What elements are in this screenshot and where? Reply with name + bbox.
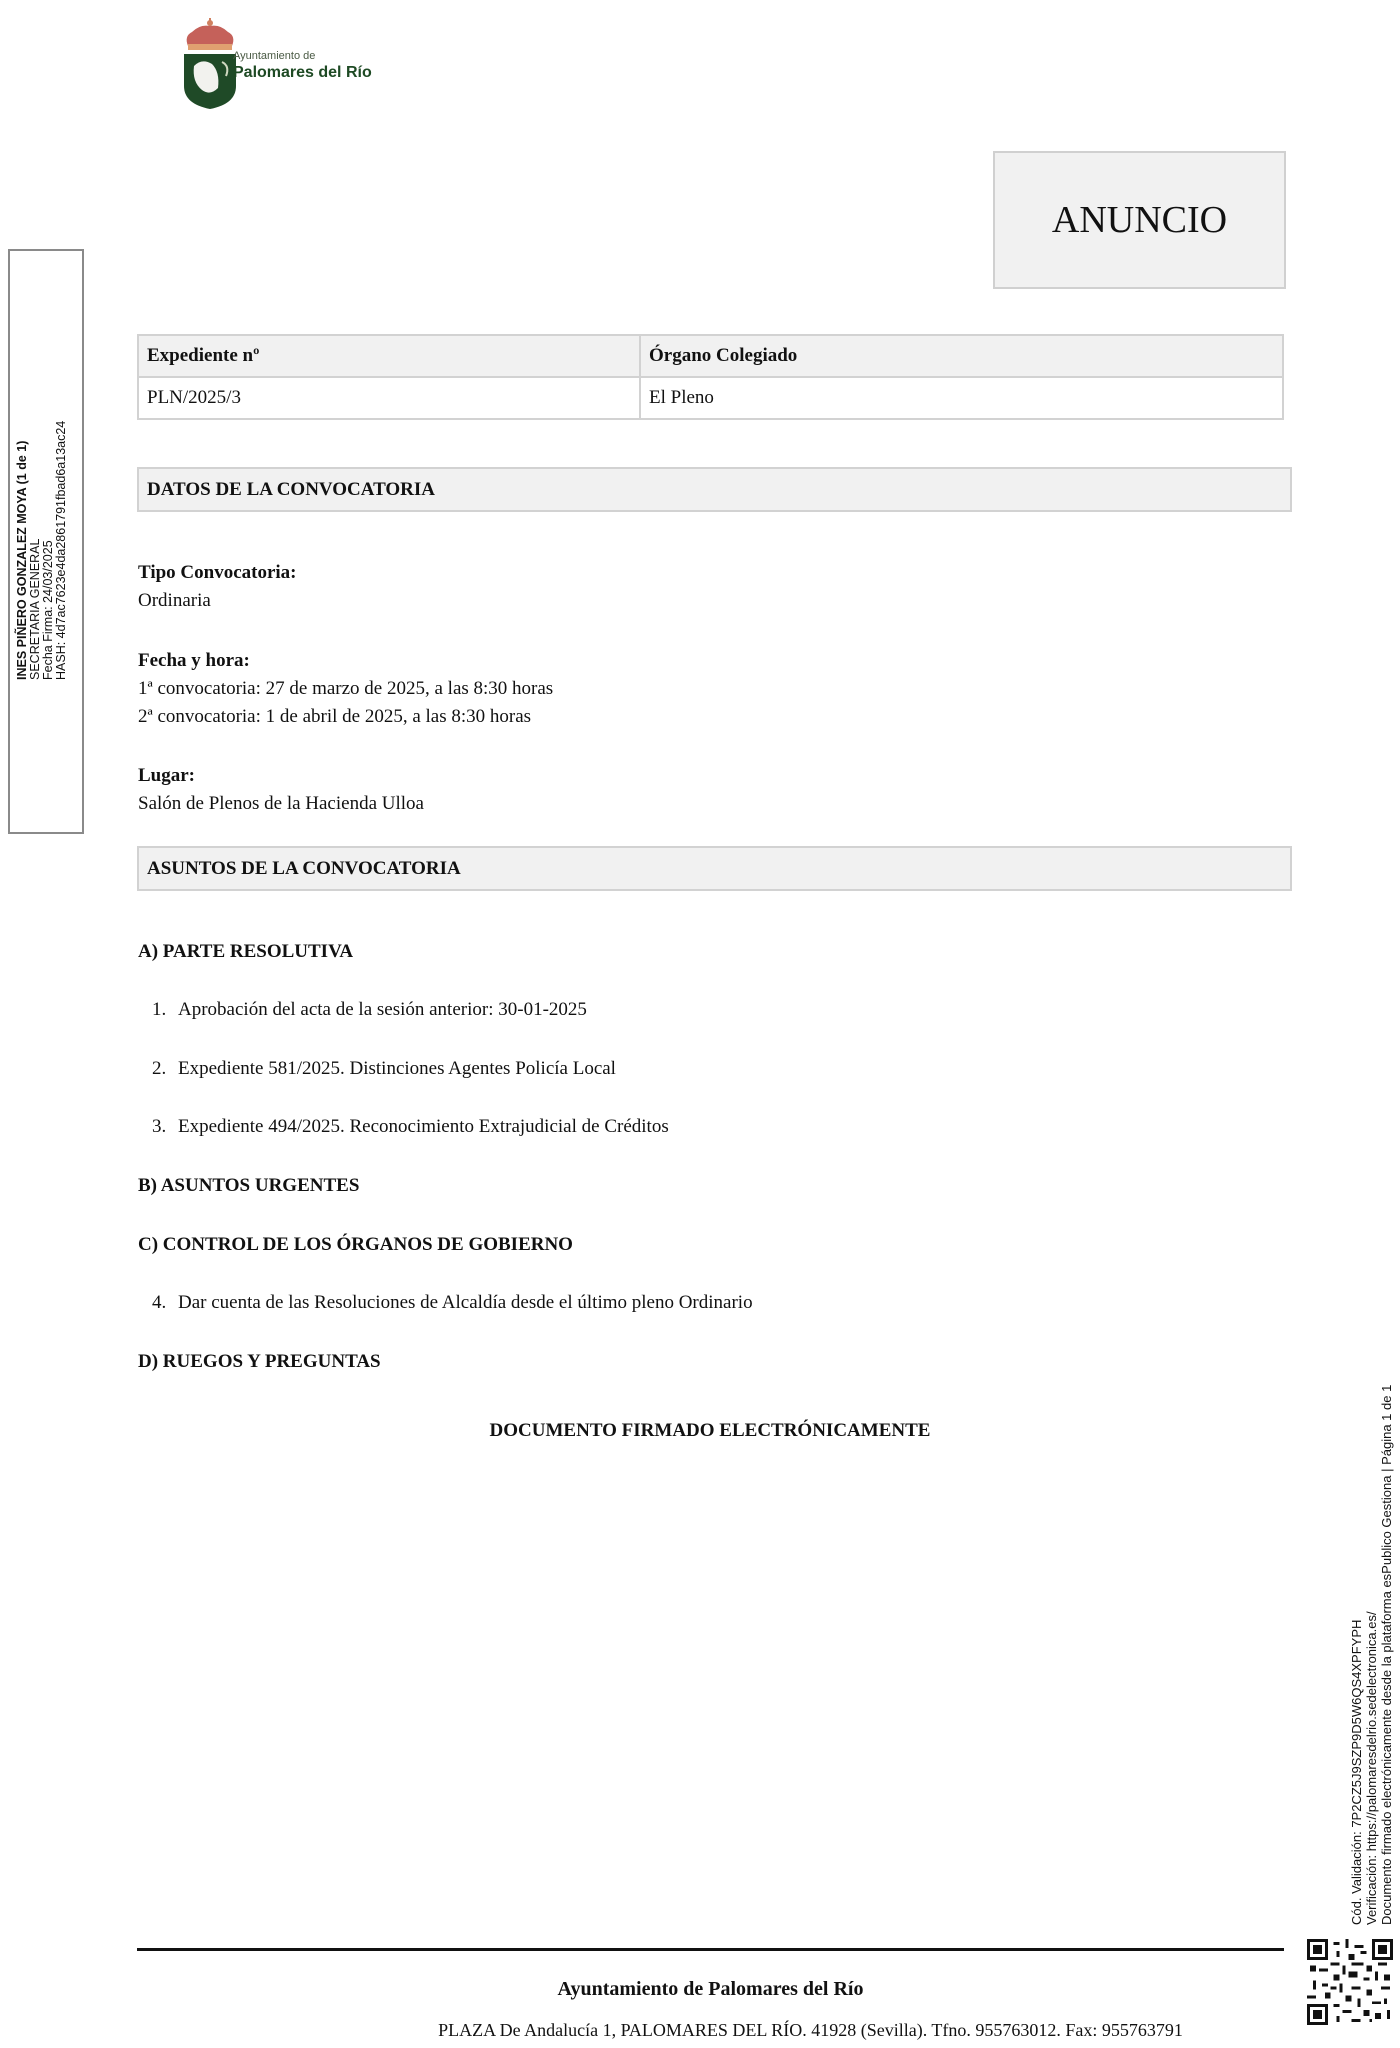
signature-text: INES PIÑERO GONZALEZ MOYA (1 de 1) SECRE… (16, 421, 68, 680)
header-organo: Órgano Colegiado (640, 335, 1283, 377)
section-title: DATOS DE LA CONVOCATORIA (147, 479, 435, 501)
table-header-row: Expediente nº Órgano Colegiado (138, 335, 1283, 377)
document-type-box: ANUNCIO (993, 151, 1286, 289)
section-a-title: A) PARTE RESOLUTIVA (138, 940, 353, 964)
header-expediente: Expediente nº (138, 335, 640, 377)
section-title: ASUNTOS DE LA CONVOCATORIA (147, 858, 461, 880)
logo-subtitle: Ayuntamiento de (233, 50, 315, 62)
tipo-value: Ordinaria (138, 589, 211, 613)
signature-hash: HASH: 4d7ac7623e4da2861791fbad6a13ac24 (55, 421, 68, 680)
organo-value: El Pleno (640, 377, 1283, 419)
section-header-asuntos: ASUNTOS DE LA CONVOCATORIA (137, 846, 1292, 891)
platform-note: Documento firmado electrónicamente desde… (1379, 1385, 1394, 1925)
fecha-segunda: 2ª convocatoria: 1 de abril de 2025, a l… (138, 705, 531, 729)
list-item: 3.Expediente 494/2025. Reconocimiento Ex… (152, 1115, 669, 1139)
lugar-label: Lugar: (138, 764, 195, 788)
signed-notice: DOCUMENTO FIRMADO ELECTRÓNICAMENTE (0, 1420, 1400, 1442)
validation-text: Cód. Validación: 7P2CZ5J9SZP9D5W6QS4XPFY… (1349, 1385, 1394, 1925)
lugar-value: Salón de Plenos de la Hacienda Ulloa (138, 792, 424, 816)
section-header-datos: DATOS DE LA CONVOCATORIA (137, 467, 1292, 512)
tipo-label: Tipo Convocatoria: (138, 561, 297, 585)
qr-code-icon (1307, 1939, 1393, 2025)
footer-divider (137, 1948, 1284, 1951)
footer-title: Ayuntamiento de Palomares del Río (137, 1978, 1284, 2001)
validation-code: Cód. Validación: 7P2CZ5J9SZP9D5W6QS4XPFY… (1349, 1385, 1364, 1925)
footer-address: PLAZA De Andalucía 1, PALOMARES DEL RÍO.… (137, 2020, 1284, 2041)
list-item: 1.Aprobación del acta de la sesión anter… (152, 998, 587, 1022)
list-item: 4.Dar cuenta de las Resoluciones de Alca… (152, 1291, 753, 1315)
section-b-title: B) ASUNTOS URGENTES (138, 1174, 359, 1198)
logo-title: Palomares del Río (233, 64, 372, 82)
verification-url: Verificación: https://palomaresdelrio.se… (1364, 1385, 1379, 1925)
table-row: PLN/2025/3 El Pleno (138, 377, 1283, 419)
section-d-title: D) RUEGOS Y PREGUNTAS (138, 1350, 381, 1374)
expediente-table: Expediente nº Órgano Colegiado PLN/2025/… (137, 334, 1284, 420)
expediente-value: PLN/2025/3 (138, 377, 640, 419)
section-c-title: C) CONTROL DE LOS ÓRGANOS DE GOBIERNO (138, 1233, 573, 1257)
municipal-logo (180, 16, 380, 110)
fecha-label: Fecha y hora: (138, 649, 250, 673)
coat-of-arms-icon (180, 16, 240, 110)
list-item: 2.Expediente 581/2025. Distinciones Agen… (152, 1057, 616, 1081)
document-type: ANUNCIO (1052, 198, 1227, 242)
fecha-primera: 1ª convocatoria: 27 de marzo de 2025, a … (138, 677, 553, 701)
